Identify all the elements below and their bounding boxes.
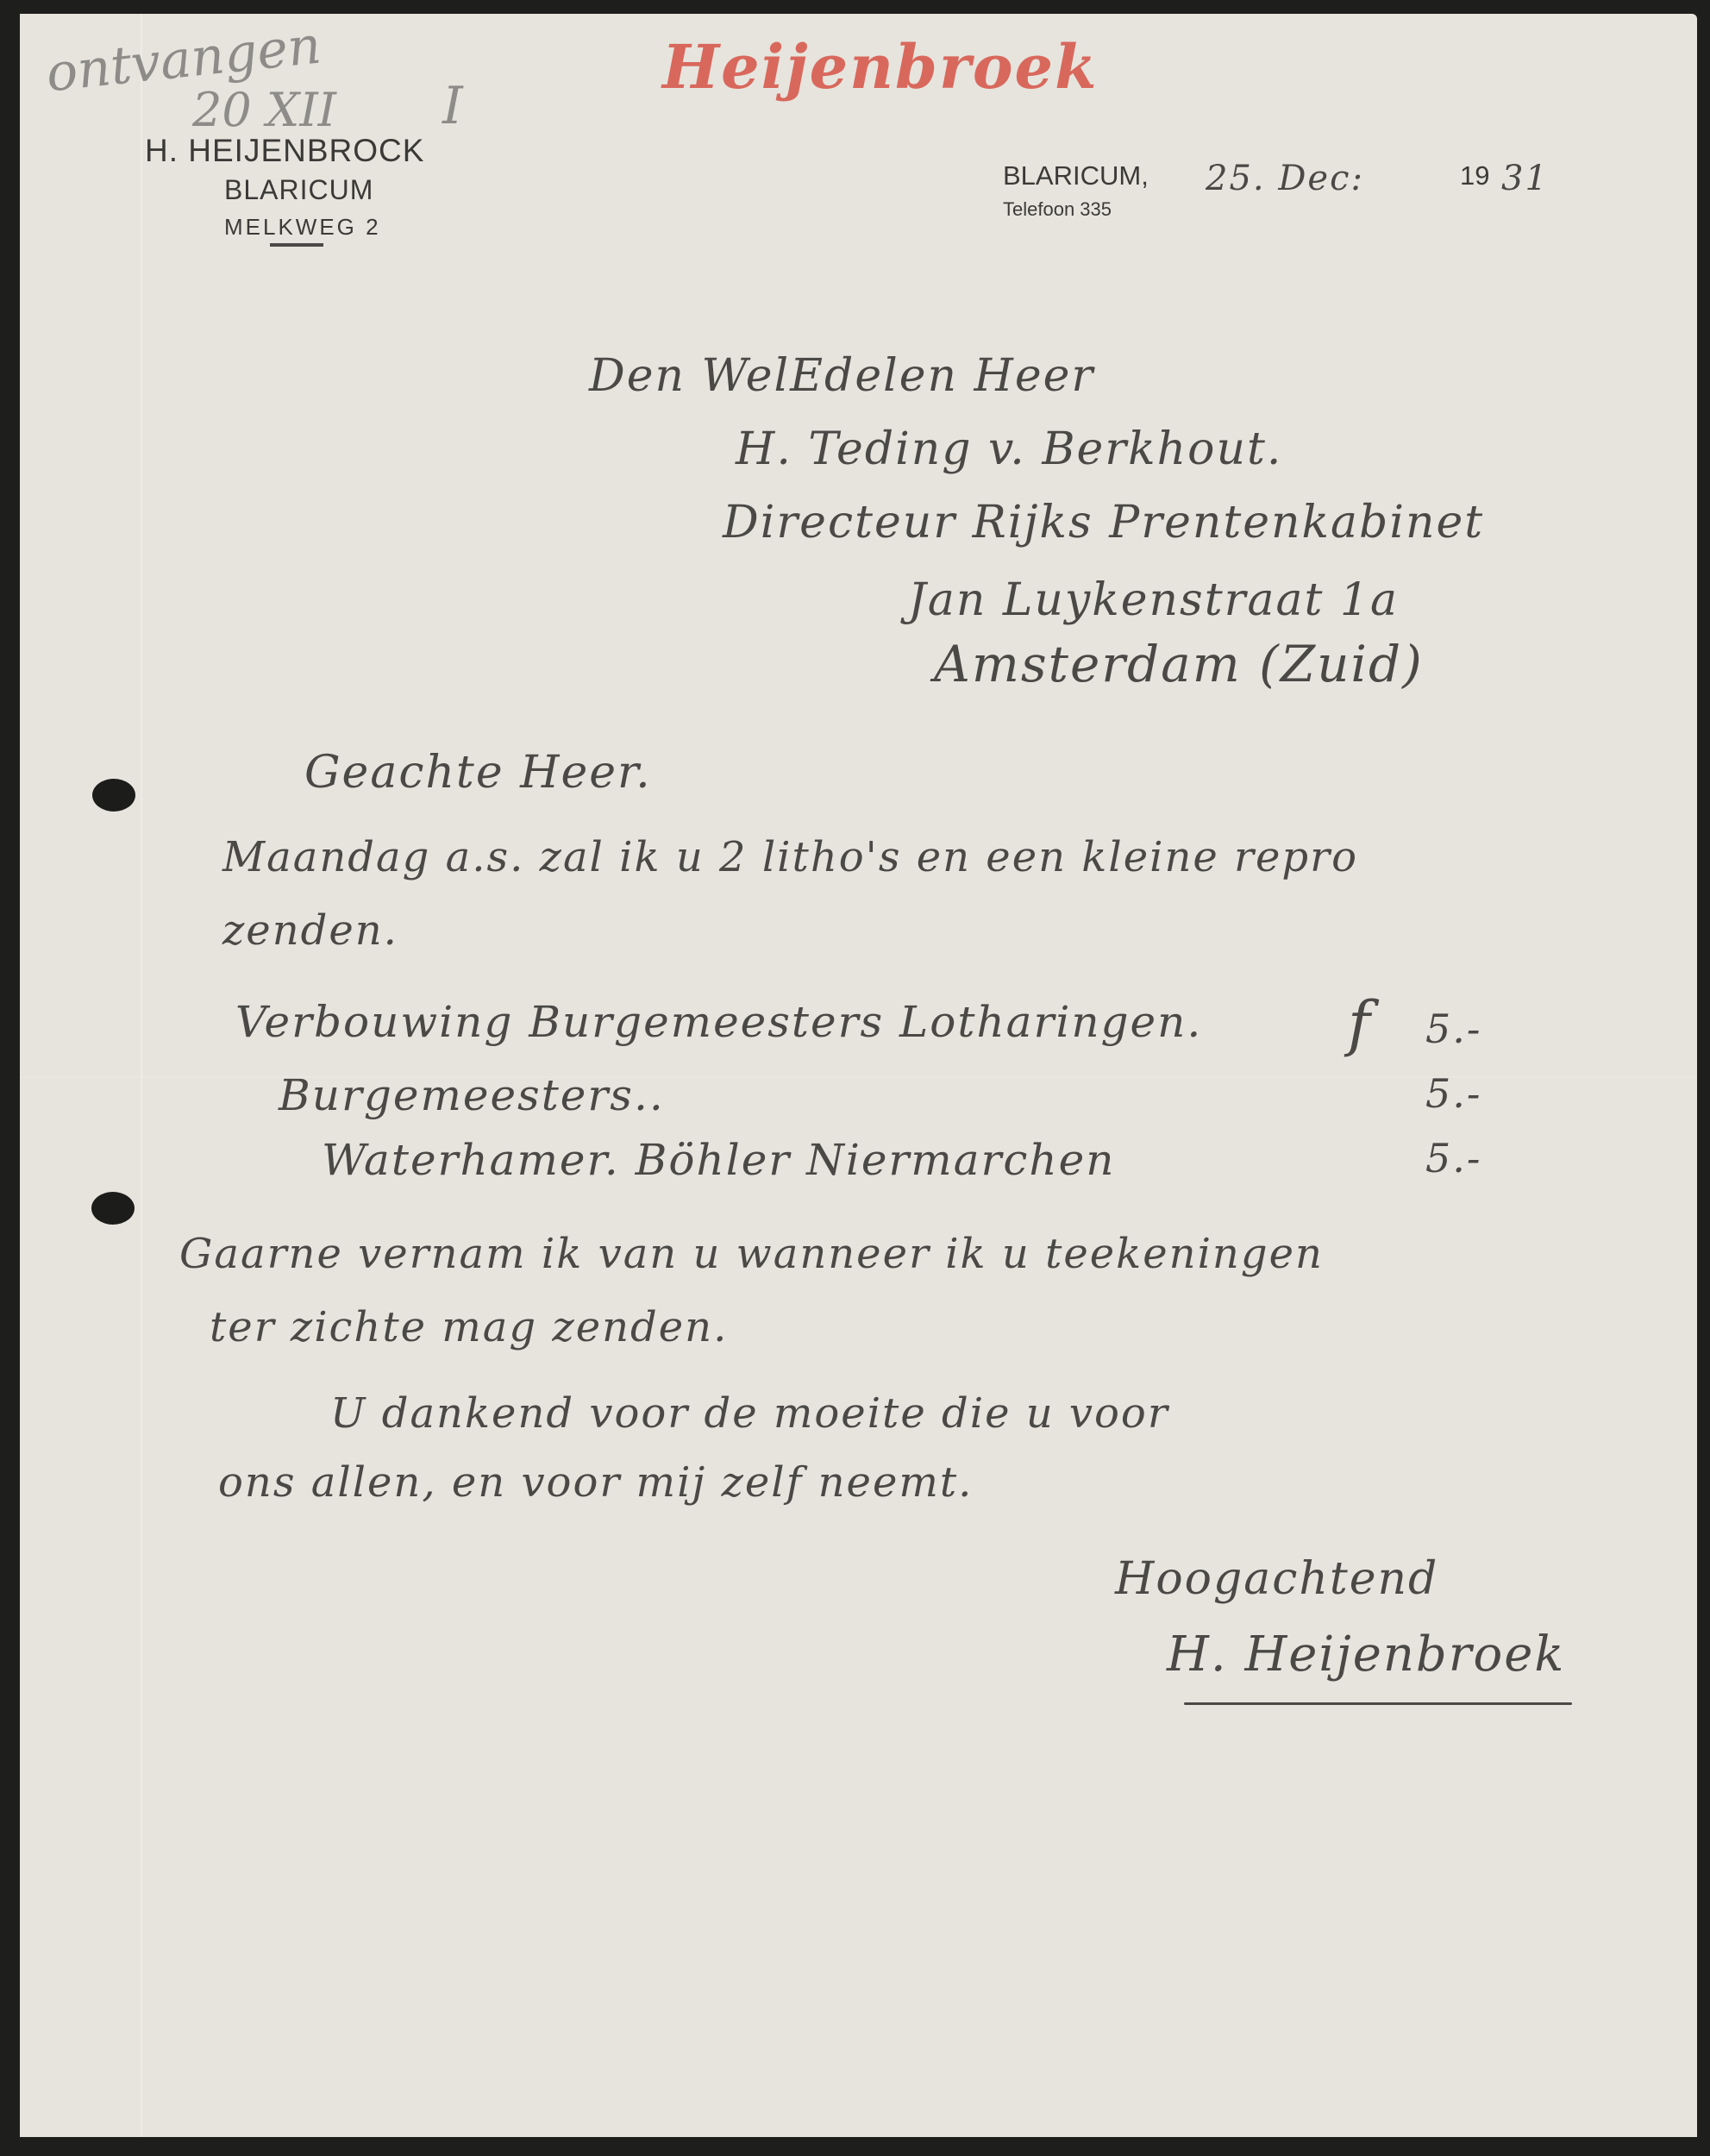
letter-paper: ontvangen 20 XII I Heijenbroek H. HEIJEN… bbox=[20, 14, 1697, 2137]
letterhead-place: BLARICUM, bbox=[1003, 160, 1149, 191]
letterhead-phone: Telefoon 335 bbox=[1003, 198, 1112, 221]
signature: H. Heijenbroek bbox=[1167, 1626, 1565, 1683]
punch-hole-top bbox=[92, 779, 135, 812]
paragraph-3-line-2: ons allen, en voor mij zelf neemt. bbox=[218, 1458, 973, 1507]
letterhead-city: BLARICUM bbox=[224, 174, 373, 206]
item-2-label: Burgemeesters.. bbox=[279, 1070, 665, 1120]
item-3-label: Waterhamer. Böhler Niermarchen bbox=[322, 1135, 1115, 1185]
guilder-sign: f bbox=[1348, 988, 1372, 1059]
paper-fold-vertical bbox=[141, 14, 142, 2137]
signature-underline bbox=[1184, 1702, 1572, 1705]
paragraph-1-line-1: Maandag a.s. zal ik u 2 litho's en een k… bbox=[222, 833, 1358, 881]
item-3-amount: 5.- bbox=[1425, 1135, 1481, 1181]
red-crayon-name: Heijenbroek bbox=[662, 31, 1099, 103]
letterhead-name: H. HEIJENBROCK bbox=[145, 133, 424, 169]
pencil-received-date: 20 XII bbox=[192, 83, 336, 137]
paragraph-1-line-2: zenden. bbox=[222, 906, 398, 955]
address-line-5: Amsterdam (Zuid) bbox=[934, 635, 1424, 693]
address-line-1: Den WelEdelen Heer bbox=[589, 350, 1094, 402]
item-1-amount: 5.- bbox=[1425, 1006, 1481, 1052]
item-2-amount: 5.- bbox=[1425, 1070, 1481, 1117]
paragraph-2-line-2: ter zichte mag zenden. bbox=[210, 1303, 728, 1351]
address-line-2: H. Teding v. Berkhout. bbox=[736, 423, 1282, 475]
address-line-3: Directeur Rijks Prentenkabinet bbox=[723, 497, 1484, 548]
address-line-4: Jan Luykenstraat 1a bbox=[908, 574, 1399, 626]
pencil-numeral: I bbox=[442, 76, 463, 136]
punch-hole-bottom bbox=[91, 1192, 135, 1225]
valediction: Hoogachtend bbox=[1115, 1553, 1438, 1605]
letterhead-street: MELKWEG 2 bbox=[224, 214, 381, 241]
paragraph-3-line-1: U dankend voor de moeite die u voor bbox=[330, 1389, 1169, 1438]
letterhead-rule bbox=[270, 243, 323, 247]
year-prefix: 19 bbox=[1460, 160, 1489, 191]
salutation: Geachte Heer. bbox=[304, 747, 652, 799]
year-suffix: 31 bbox=[1501, 159, 1549, 198]
date-handwritten: 25. Dec: bbox=[1206, 159, 1364, 198]
item-1-label: Verbouwing Burgemeesters Lotharingen. bbox=[235, 997, 1202, 1047]
paragraph-2-line-1: Gaarne vernam ik van u wanneer ik u teek… bbox=[179, 1230, 1324, 1278]
